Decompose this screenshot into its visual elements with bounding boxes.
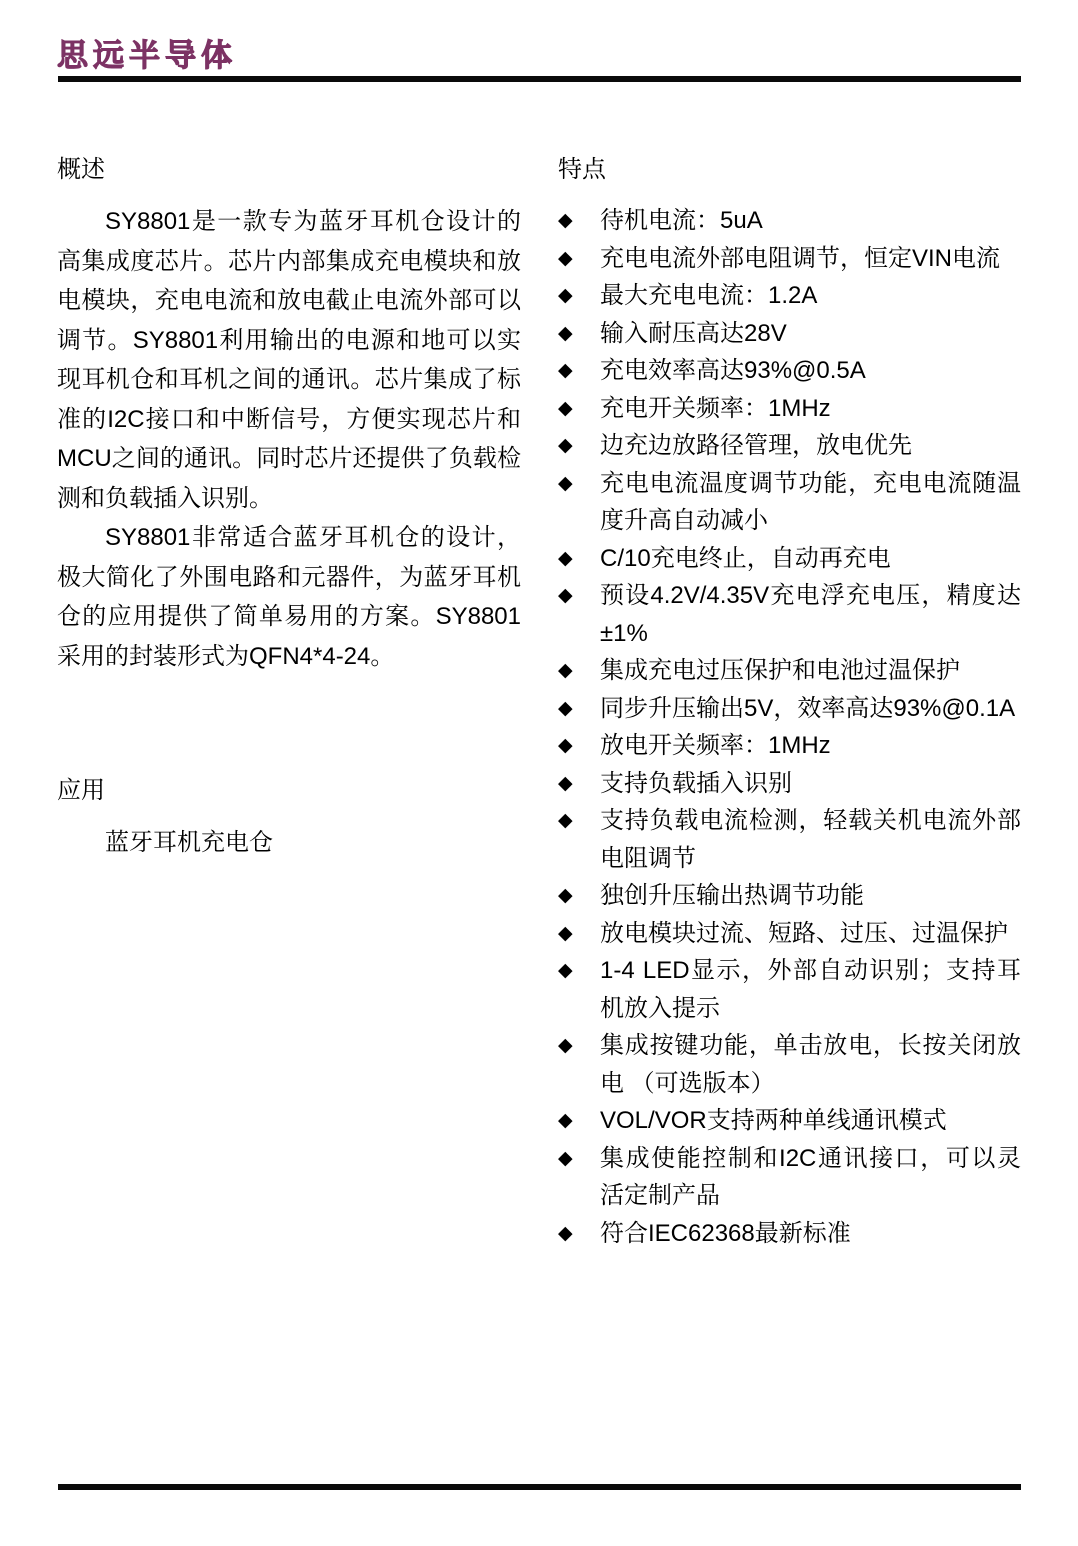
feature-item-text: 集成使能控制和I2C通讯接口，可以灵活定制产品 xyxy=(600,1140,1021,1215)
feature-list: ◆ 待机电流：5uA ◆ 充电电流外部电阻调节，恒定VIN电流 ◆ 最大充电电流… xyxy=(558,202,1021,1252)
feature-item-text: 充电电流温度调节功能，充电电流随温度升高自动减小 xyxy=(600,465,1021,540)
feature-item: ◆ VOL/VOR支持两种单线通讯模式 xyxy=(558,1102,1021,1140)
company-logo: 思远半导体 xyxy=(57,30,237,75)
overview-paragraph: SY8801是一款专为蓝牙耳机仓设计的高集成度芯片。芯片内部集成充电模块和放电模… xyxy=(57,202,521,518)
feature-item-text: 集成充电过压保护和电池过温保护 xyxy=(600,652,1021,690)
diamond-bullet-icon: ◆ xyxy=(558,1102,600,1140)
diamond-bullet-icon: ◆ xyxy=(558,652,600,690)
diamond-bullet-icon: ◆ xyxy=(558,802,600,840)
feature-item: ◆ C/10充电终止，自动再充电 xyxy=(558,540,1021,578)
feature-item: ◆ 独创升压输出热调节功能 xyxy=(558,877,1021,915)
datasheet-page: 思远半导体 概述 SY8801是一款专为蓝牙耳机仓设计的高集成度芯片。芯片内部集… xyxy=(0,0,1078,1546)
application-list: 蓝牙耳机充电仓 xyxy=(57,823,521,863)
diamond-bullet-icon: ◆ xyxy=(558,727,600,765)
diamond-bullet-icon: ◆ xyxy=(558,1215,600,1253)
feature-item: ◆ 符合IEC62368最新标准 xyxy=(558,1215,1021,1253)
feature-item: ◆ 1-4 LED显示，外部自动识别；支持耳机放入提示 xyxy=(558,952,1021,1027)
feature-item: ◆ 充电开关频率：1MHz xyxy=(558,390,1021,428)
feature-item-text: 符合IEC62368最新标准 xyxy=(600,1215,1021,1253)
feature-item-text: 充电开关频率：1MHz xyxy=(600,390,1021,428)
feature-item: ◆ 待机电流：5uA xyxy=(558,202,1021,240)
diamond-bullet-icon: ◆ xyxy=(558,952,600,990)
feature-item-text: 支持负载电流检测，轻载关机电流外部电阻调节 xyxy=(600,802,1021,877)
feature-item: ◆ 输入耐压高达28V xyxy=(558,315,1021,353)
diamond-bullet-icon: ◆ xyxy=(558,877,600,915)
overview-paragraph: SY8801非常适合蓝牙耳机仓的设计，极大简化了外围电路和元器件，为蓝牙耳机仓的… xyxy=(57,518,521,676)
diamond-bullet-icon: ◆ xyxy=(558,765,600,803)
diamond-bullet-icon: ◆ xyxy=(558,352,600,390)
feature-item-text: 预设4.2V/4.35V充电浮充电压，精度达±1% xyxy=(600,577,1021,652)
feature-item: ◆ 边充边放路径管理，放电优先 xyxy=(558,427,1021,465)
header-divider xyxy=(58,76,1021,82)
feature-item: ◆ 集成使能控制和I2C通讯接口，可以灵活定制产品 xyxy=(558,1140,1021,1215)
diamond-bullet-icon: ◆ xyxy=(558,315,600,353)
diamond-bullet-icon: ◆ xyxy=(558,390,600,428)
diamond-bullet-icon: ◆ xyxy=(558,540,600,578)
diamond-bullet-icon: ◆ xyxy=(558,465,600,503)
feature-item: ◆ 充电电流外部电阻调节，恒定VIN电流 xyxy=(558,240,1021,278)
footer-divider xyxy=(58,1484,1021,1490)
right-column: 特点 ◆ 待机电流：5uA ◆ 充电电流外部电阻调节，恒定VIN电流 ◆ 最大充… xyxy=(558,155,1021,1252)
feature-item: ◆ 预设4.2V/4.35V充电浮充电压，精度达±1% xyxy=(558,577,1021,652)
feature-item: ◆ 充电效率高达93%@0.5A xyxy=(558,352,1021,390)
diamond-bullet-icon: ◆ xyxy=(558,427,600,465)
feature-item-text: 待机电流：5uA xyxy=(600,202,1021,240)
feature-item-text: 放电开关频率：1MHz xyxy=(600,727,1021,765)
feature-item-text: 独创升压输出热调节功能 xyxy=(600,877,1021,915)
feature-item-text: 充电电流外部电阻调节，恒定VIN电流 xyxy=(600,240,1021,278)
feature-item: ◆ 支持负载插入识别 xyxy=(558,765,1021,803)
feature-item-text: 输入耐压高达28V xyxy=(600,315,1021,353)
feature-item-text: 支持负载插入识别 xyxy=(600,765,1021,803)
diamond-bullet-icon: ◆ xyxy=(558,577,600,615)
diamond-bullet-icon: ◆ xyxy=(558,240,600,278)
feature-item: ◆ 同步升压输出5V，效率高达93%@0.1A xyxy=(558,690,1021,728)
applications-heading: 应用 xyxy=(57,776,521,806)
diamond-bullet-icon: ◆ xyxy=(558,277,600,315)
feature-item-text: C/10充电终止，自动再充电 xyxy=(600,540,1021,578)
feature-item-text: 放电模块过流、短路、过压、过温保护 xyxy=(600,915,1021,953)
overview-paragraphs: SY8801是一款专为蓝牙耳机仓设计的高集成度芯片。芯片内部集成充电模块和放电模… xyxy=(57,202,521,676)
overview-heading: 概述 xyxy=(57,155,521,185)
feature-item-text: 最大充电电流：1.2A xyxy=(600,277,1021,315)
diamond-bullet-icon: ◆ xyxy=(558,1027,600,1065)
diamond-bullet-icon: ◆ xyxy=(558,202,600,240)
diamond-bullet-icon: ◆ xyxy=(558,690,600,728)
feature-item-text: 充电效率高达93%@0.5A xyxy=(600,352,1021,390)
feature-item: ◆ 最大充电电流：1.2A xyxy=(558,277,1021,315)
feature-item-text: 集成按键功能，单击放电，长按关闭放电 （可选版本） xyxy=(600,1027,1021,1102)
feature-item: ◆ 充电电流温度调节功能，充电电流随温度升高自动减小 xyxy=(558,465,1021,540)
diamond-bullet-icon: ◆ xyxy=(558,915,600,953)
features-heading: 特点 xyxy=(558,155,1021,185)
diamond-bullet-icon: ◆ xyxy=(558,1140,600,1178)
feature-item: ◆ 放电开关频率：1MHz xyxy=(558,727,1021,765)
feature-item: ◆ 放电模块过流、短路、过压、过温保护 xyxy=(558,915,1021,953)
application-item: 蓝牙耳机充电仓 xyxy=(57,823,521,863)
left-column: 概述 SY8801是一款专为蓝牙耳机仓设计的高集成度芯片。芯片内部集成充电模块和… xyxy=(57,155,521,863)
feature-item-text: 1-4 LED显示，外部自动识别；支持耳机放入提示 xyxy=(600,952,1021,1027)
feature-item-text: 同步升压输出5V，效率高达93%@0.1A xyxy=(600,690,1021,728)
feature-item: ◆ 集成充电过压保护和电池过温保护 xyxy=(558,652,1021,690)
feature-item: ◆ 支持负载电流检测，轻载关机电流外部电阻调节 xyxy=(558,802,1021,877)
feature-item: ◆ 集成按键功能，单击放电，长按关闭放电 （可选版本） xyxy=(558,1027,1021,1102)
feature-item-text: 边充边放路径管理，放电优先 xyxy=(600,427,1021,465)
feature-item-text: VOL/VOR支持两种单线通讯模式 xyxy=(600,1102,1021,1140)
